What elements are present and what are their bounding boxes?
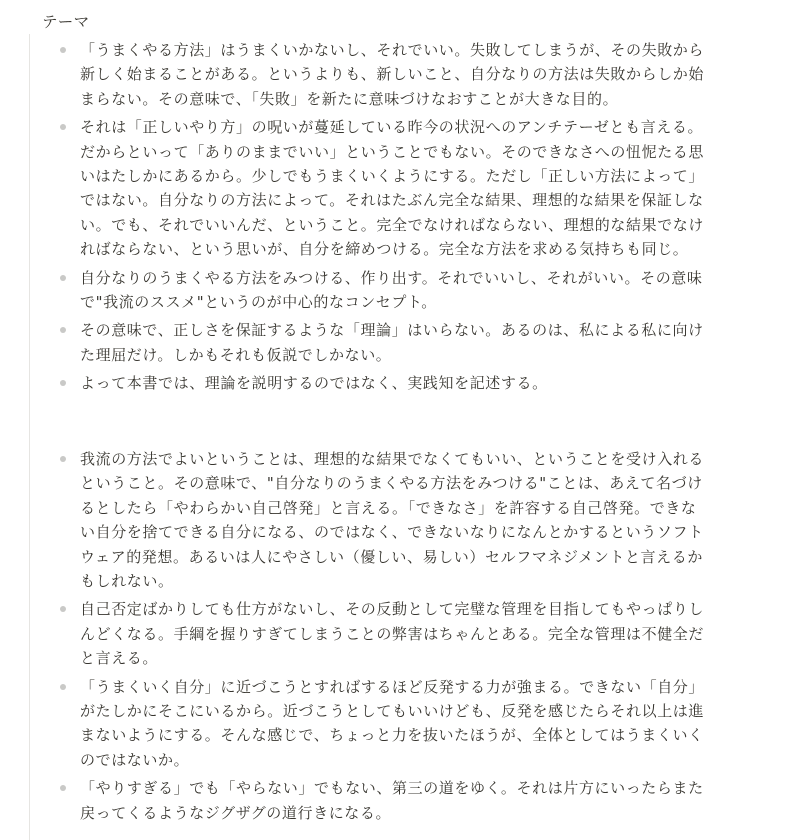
- list-item-text[interactable]: その意味で、正しさを保証するような「理論」はいらない。あるのは、私による私に向け…: [80, 318, 704, 367]
- list-item-text[interactable]: 我流の方法でよいということは、理想的な結果でなくてもいい、ということを受け入れる…: [80, 447, 704, 593]
- list-item-text[interactable]: 「やりすぎる」でも「やらない」でもない、第三の道をゆく。それは片方にいったらまた…: [80, 776, 704, 825]
- bullet-list: 我流の方法でよいということは、理想的な結果でなくてもいい、ということを受け入れる…: [58, 447, 708, 825]
- bullet-dot-icon[interactable]: [60, 124, 66, 130]
- list-item-text[interactable]: よって本書では、理論を説明するのではなく、実践知を記述する。: [80, 371, 704, 395]
- bullet-dot-icon[interactable]: [60, 47, 66, 53]
- bullet-dot-icon[interactable]: [60, 684, 66, 690]
- list-item[interactable]: 自己否定ばかりしても仕方がないし、その反動として完璧な管理を目指してもやっぱりし…: [58, 597, 708, 670]
- indent-guide-line: [29, 34, 30, 840]
- list-item-text[interactable]: 自己否定ばかりしても仕方がないし、その反動として完璧な管理を目指してもやっぱりし…: [80, 597, 704, 670]
- bullet-dot-icon[interactable]: [60, 327, 66, 333]
- list-item[interactable]: 「うまくやる方法」はうまくいかないし、それでいい。失敗してしまうが、その失敗から…: [58, 38, 708, 111]
- list-item[interactable]: それは「正しいやり方」の呪いが蔓延している昨今の状況へのアンチテーゼとも言える。…: [58, 115, 708, 261]
- bullet-list: 「うまくやる方法」はうまくいかないし、それでいい。失敗してしまうが、その失敗から…: [58, 38, 708, 396]
- bullet-dot-icon[interactable]: [60, 456, 66, 462]
- bullet-dot-icon[interactable]: [60, 606, 66, 612]
- list-item[interactable]: 我流の方法でよいということは、理想的な結果でなくてもいい、ということを受け入れる…: [58, 447, 708, 593]
- list-item[interactable]: 自分なりのうまくやる方法をみつける、作り出す。それでいいし、それがいい。その意味…: [58, 266, 708, 315]
- list-item[interactable]: 「やりすぎる」でも「やらない」でもない、第三の道をゆく。それは片方にいったらまた…: [58, 776, 708, 825]
- bullet-dot-icon[interactable]: [60, 275, 66, 281]
- page-heading[interactable]: テーマ: [42, 10, 89, 34]
- bullet-list-section-2: 我流の方法でよいということは、理想的な結果でなくてもいい、ということを受け入れる…: [58, 447, 708, 829]
- list-item-text[interactable]: 「うまくやる方法」はうまくいかないし、それでいい。失敗してしまうが、その失敗から…: [80, 38, 704, 111]
- list-item-text[interactable]: 自分なりのうまくやる方法をみつける、作り出す。それでいいし、それがいい。その意味…: [80, 266, 704, 315]
- list-item[interactable]: 「うまくいく自分」に近づこうとすればするほど反発する力が強まる。できない「自分」…: [58, 675, 708, 773]
- bullet-dot-icon[interactable]: [60, 785, 66, 791]
- bullet-dot-icon[interactable]: [60, 380, 66, 386]
- list-item-text[interactable]: それは「正しいやり方」の呪いが蔓延している昨今の状況へのアンチテーゼとも言える。…: [80, 115, 704, 261]
- list-item[interactable]: その意味で、正しさを保証するような「理論」はいらない。あるのは、私による私に向け…: [58, 318, 708, 367]
- list-item-text[interactable]: 「うまくいく自分」に近づこうとすればするほど反発する力が強まる。できない「自分」…: [80, 675, 704, 773]
- bullet-list-section-1: 「うまくやる方法」はうまくいかないし、それでいい。失敗してしまうが、その失敗から…: [58, 38, 708, 400]
- document-page: テーマ 「うまくやる方法」はうまくいかないし、それでいい。失敗してしまうが、その…: [0, 0, 807, 840]
- list-item[interactable]: よって本書では、理論を説明するのではなく、実践知を記述する。: [58, 371, 708, 395]
